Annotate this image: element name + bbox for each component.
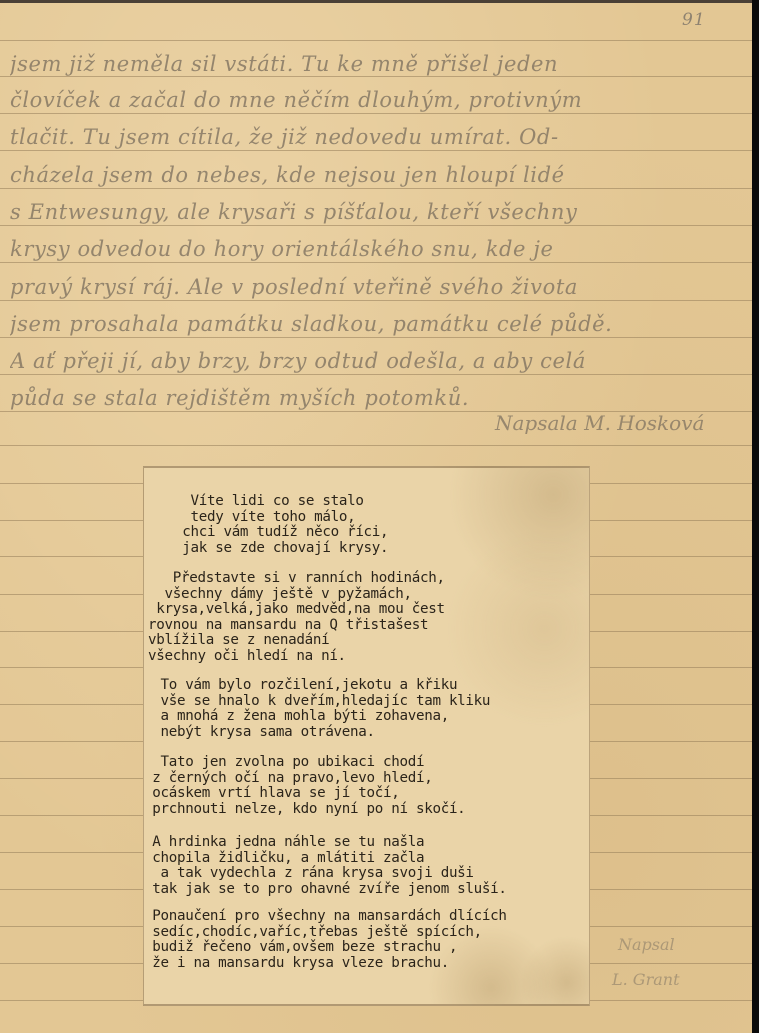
- handwritten-line: človíček a začal do mne něčím dlouhým, p…: [10, 85, 750, 115]
- scan-top-edge: [0, 0, 752, 3]
- poem-line: prchnouti nelze, kdo nyní po ní skočí.: [144, 802, 465, 818]
- poem-stanza: A hrdinka jedna náhle se tu našla chopil…: [144, 835, 507, 897]
- poem-line: tedy víte toho málo,: [174, 510, 388, 526]
- poem-line: Tato jen zvolna po ubikaci chodí: [144, 755, 465, 771]
- ruled-line: [0, 40, 752, 41]
- poem-line: a mnohá z žena mohla býti zohavena,: [144, 709, 490, 725]
- ruled-line: [0, 445, 752, 446]
- poem-line: všechny oči hledí na ní.: [148, 649, 445, 665]
- poem-stanza: Víte lidi co se stalo tedy víte toho mál…: [174, 494, 388, 556]
- handwritten-line: cházela jsem do nebes, kde nejsou jen hl…: [10, 160, 750, 190]
- pasted-typewritten-slip: Víte lidi co se stalo tedy víte toho mál…: [143, 466, 590, 1006]
- handwritten-line: jsem již neměla sil vstáti. Tu ke mně př…: [10, 49, 750, 79]
- margin-note-line: L. Grant: [612, 970, 722, 989]
- poem-line: To vám bylo rozčilení,jekotu a křiku: [144, 678, 490, 694]
- poem-line: sedíc,chodíc,vaříc,třebas ještě spících,: [144, 925, 507, 941]
- notebook-page: 91 jsem již neměla sil vstáti. Tu ke mně…: [0, 0, 752, 1033]
- poem-line: tak jak se to pro ohavné zvíře jenom slu…: [144, 882, 507, 898]
- poem-stanza: To vám bylo rozčilení,jekotu a křiku vše…: [144, 678, 490, 740]
- handwritten-line: půda se stala rejdištěm myších potomků.: [10, 383, 750, 413]
- poem-line: vblížila se z nenadání: [148, 633, 445, 649]
- page-number: 91: [682, 10, 706, 30]
- poem-line: budiž řečeno vám,ovšem beze strachu ,: [144, 940, 507, 956]
- poem-line: jak se zde chovají krysy.: [174, 541, 388, 557]
- poem-line: krysa,velká,jako medvěd,na mou čest: [148, 602, 445, 618]
- handwritten-line: jsem prosahala památku sladkou, památku …: [10, 309, 750, 339]
- poem-line: z černých očí na pravo,levo hledí,: [144, 771, 465, 787]
- poem-line: že i na mansardu krysa vleze brachu.: [144, 956, 507, 972]
- poem-line: a tak vydechla z rána krysa svoji duši: [144, 866, 507, 882]
- poem-line: A hrdinka jedna náhle se tu našla: [144, 835, 507, 851]
- handwritten-line: s Entwesungy, ale krysaři s píšťalou, kt…: [10, 197, 750, 227]
- poem-line: všechny dámy ještě v pyžamách,: [148, 587, 445, 603]
- poem-line: rovnou na mansardu na Q třistašest: [148, 618, 445, 634]
- poem-line: Ponaučení pro všechny na mansardách dlíc…: [144, 909, 507, 925]
- poem-stanza: Představte si v ranních hodinách, všechn…: [148, 571, 445, 665]
- handwritten-line: krysy odvedou do hory orientálského snu,…: [10, 234, 750, 264]
- poem-line: nebýt krysa sama otrávena.: [144, 725, 490, 741]
- poem-line: ocáskem vrtí hlava se jí točí,: [144, 786, 465, 802]
- poem-line: chopila židličku, a mlátiti začla: [144, 851, 507, 867]
- poem-line: chci vám tudíž něco říci,: [174, 525, 388, 541]
- poem-stanza: Tato jen zvolna po ubikaci chodí z černý…: [144, 755, 465, 817]
- poem-line: Víte lidi co se stalo: [174, 494, 388, 510]
- poem-stanza: Ponaučení pro všechny na mansardách dlíc…: [144, 909, 507, 971]
- poem-line: vše se hnalo k dveřím,hledajíc tam kliku: [144, 694, 490, 710]
- margin-note-line: Napsal: [618, 935, 728, 954]
- handwritten-signature: Napsala M. Hosková: [495, 411, 704, 435]
- poem-line: Představte si v ranních hodinách,: [148, 571, 445, 587]
- handwritten-line: A ať přeji jí, aby brzy, brzy odtud odeš…: [10, 346, 750, 376]
- handwritten-line: tlačit. Tu jsem cítila, že již nedovedu …: [10, 122, 750, 152]
- handwritten-line: pravý krysí ráj. Ale v poslední vteřině …: [10, 272, 750, 302]
